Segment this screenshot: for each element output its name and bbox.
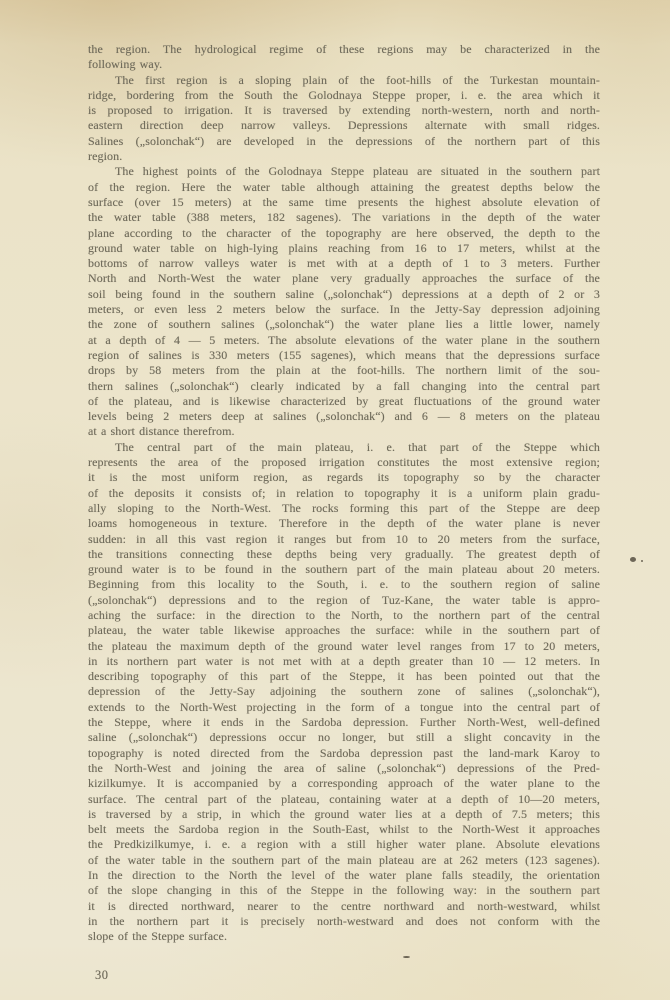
text-line: aching the surface: in the direction to …	[88, 608, 600, 623]
text-line: slope of the Steppe surface.	[88, 929, 600, 944]
text-line: of the slope changing in this of the Ste…	[88, 883, 600, 898]
page-number: 30	[95, 968, 109, 983]
text-line: at a depth of 4 — 5 meters. The absolute…	[88, 333, 600, 348]
paragraph: the region. The hydrological regime of t…	[88, 42, 600, 73]
text-line: In the direction to the North the level …	[88, 868, 600, 883]
text-line: ground water is to be found in the south…	[88, 562, 600, 577]
text-line: meters, or even less 2 meters below the …	[88, 302, 600, 317]
text-line: of the water table in the southern part …	[88, 853, 600, 868]
text-line: ground water table on high-lying plains …	[88, 241, 600, 256]
text-line: it is the most uniform region, as regard…	[88, 470, 600, 485]
text-line: represents the area of the proposed irri…	[88, 455, 600, 470]
paragraph: The central part of the main plateau, i.…	[88, 440, 600, 945]
text-line: it is directed northward, nearer to the …	[88, 899, 600, 914]
text-line: topography is noted directed from the Sa…	[88, 746, 600, 761]
text-line: levels being 2 meters deep at salines („…	[88, 409, 600, 424]
text-line: of the deposits it consists of; in relat…	[88, 486, 600, 501]
text-line: the Predkizilkumye, i. e. a region with …	[88, 837, 600, 852]
text-line: describing topography of this part of th…	[88, 669, 600, 684]
ink-speck	[403, 956, 410, 958]
text-line: the Steppe, where it ends in the Sardoba…	[88, 715, 600, 730]
text-line: The first region is a sloping plain of t…	[88, 73, 600, 88]
text-line: ridge, bordering from the South the Golo…	[88, 88, 600, 103]
text-line: kizilkumye. It is accompanied by a corre…	[88, 776, 600, 791]
text-line: Beginning from this locality to the Sout…	[88, 577, 600, 592]
text-line: the plateau the maximum depth of the gro…	[88, 639, 600, 654]
text-line: The highest points of the Golodnaya Step…	[88, 164, 600, 179]
text-line: the water table (388 meters, 182 sagenes…	[88, 210, 600, 225]
text-line: the region. The hydrological regime of t…	[88, 42, 600, 57]
paragraph: The highest points of the Golodnaya Step…	[88, 164, 600, 439]
ink-speck	[641, 560, 643, 562]
scanned-book-page: { "page": { "number": "30", "paper_color…	[0, 0, 670, 1000]
text-line: thern salines („solonchak“) clearly indi…	[88, 379, 600, 394]
text-line: bottoms of narrow valleys water is met w…	[88, 256, 600, 271]
text-line: region.	[88, 149, 600, 164]
text-line: loams homogeneous in texture. Therefore …	[88, 516, 600, 531]
text-line: depression of the Jetty-Say adjoining th…	[88, 684, 600, 699]
text-line: is proposed to irrigation. It is travers…	[88, 103, 600, 118]
text-line: of the plateau, and is likewise characte…	[88, 394, 600, 409]
text-line: sudden: in all this vast region it range…	[88, 532, 600, 547]
text-line: following way.	[88, 57, 600, 72]
text-line: plane according to the character of the …	[88, 226, 600, 241]
page-text: the region. The hydrological regime of t…	[88, 42, 600, 945]
text-line: North and North-West the water plane ver…	[88, 271, 600, 286]
paragraph: The first region is a sloping plain of t…	[88, 73, 600, 165]
text-line: the North-West and joining the area of s…	[88, 761, 600, 776]
text-line: region of salines is 330 meters (155 sag…	[88, 348, 600, 363]
text-line: („solonchak“) depressions and to the reg…	[88, 593, 600, 608]
text-line: at a short distance therefrom.	[88, 424, 600, 439]
text-line: in the northern part it is precisely nor…	[88, 914, 600, 929]
text-line: saline („solonchak“) depressions occur n…	[88, 730, 600, 745]
text-line: extends to the North-West projecting in …	[88, 700, 600, 715]
text-line: in its northern part water is not met wi…	[88, 654, 600, 669]
ink-speck	[630, 557, 636, 562]
text-line: belt meets the Sardoba region in the Sou…	[88, 822, 600, 837]
text-line: eastern direction deep narrow valleys. D…	[88, 118, 600, 133]
text-line: drops by 58 meters from the plain at the…	[88, 363, 600, 378]
text-line: The central part of the main plateau, i.…	[88, 440, 600, 455]
text-line: the zone of southern salines („solonchak…	[88, 317, 600, 332]
text-line: Salines („solonchak“) are developed in t…	[88, 134, 600, 149]
text-line: plateau, the water table likewise approa…	[88, 623, 600, 638]
text-line: the transitions connecting these depths …	[88, 547, 600, 562]
text-line: ally sloping to the North-West. The rock…	[88, 501, 600, 516]
text-line: soil being found in the southern saline …	[88, 287, 600, 302]
text-line: surface. The central part of the plateau…	[88, 792, 600, 807]
text-line: surface (over 15 meters) at the same tim…	[88, 195, 600, 210]
text-line: of the region. Here the water table alth…	[88, 180, 600, 195]
text-line: is traversed by a strip, in which the gr…	[88, 807, 600, 822]
